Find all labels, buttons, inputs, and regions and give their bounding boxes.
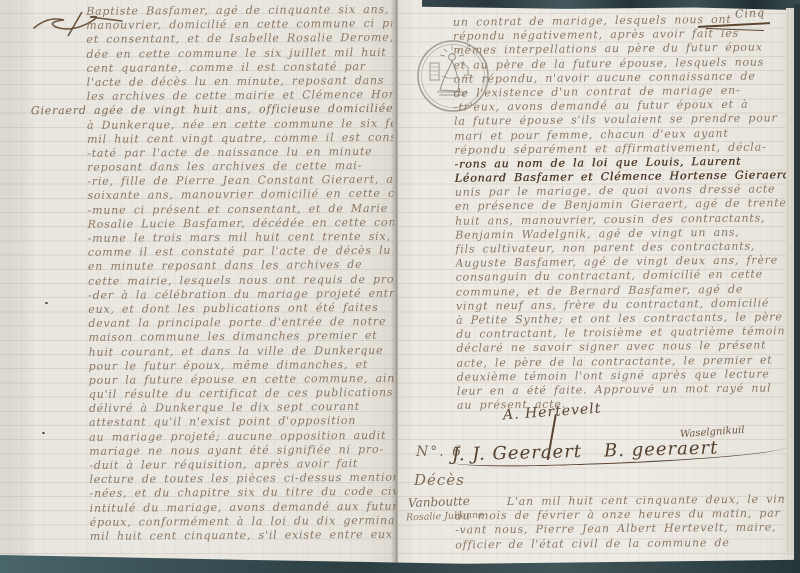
signature-geeraert-1: J. J. Geeraert	[452, 441, 583, 465]
handwritten-line: officier de l'état civil de la commune d…	[455, 535, 788, 552]
ink-dot	[42, 432, 45, 434]
right-page-text: un contrat de mariage, lesquels nous ont…	[453, 12, 790, 413]
handwritten-line: mil huit cent cinquante, s'il existe ent…	[32, 528, 396, 545]
left-page-text: Baptiste Basfamer, agé de cinquante six …	[28, 3, 396, 545]
new-act-text: L'an mil huit cent cinquante deux, le vi…	[455, 493, 788, 553]
signature-geeraert-2: B. geeraert	[604, 437, 719, 461]
act-type-label: Décès	[414, 471, 465, 489]
act-number: N°. 6	[416, 444, 463, 460]
book-cover-right-edge	[794, 4, 800, 573]
handwritten-line: -vant nous, Pierre Jean Albert Hertevelt…	[455, 521, 788, 538]
ink-dot	[45, 302, 48, 304]
register-book-scan: Baptiste Basfamer, agé de cinquante six …	[0, 0, 800, 573]
